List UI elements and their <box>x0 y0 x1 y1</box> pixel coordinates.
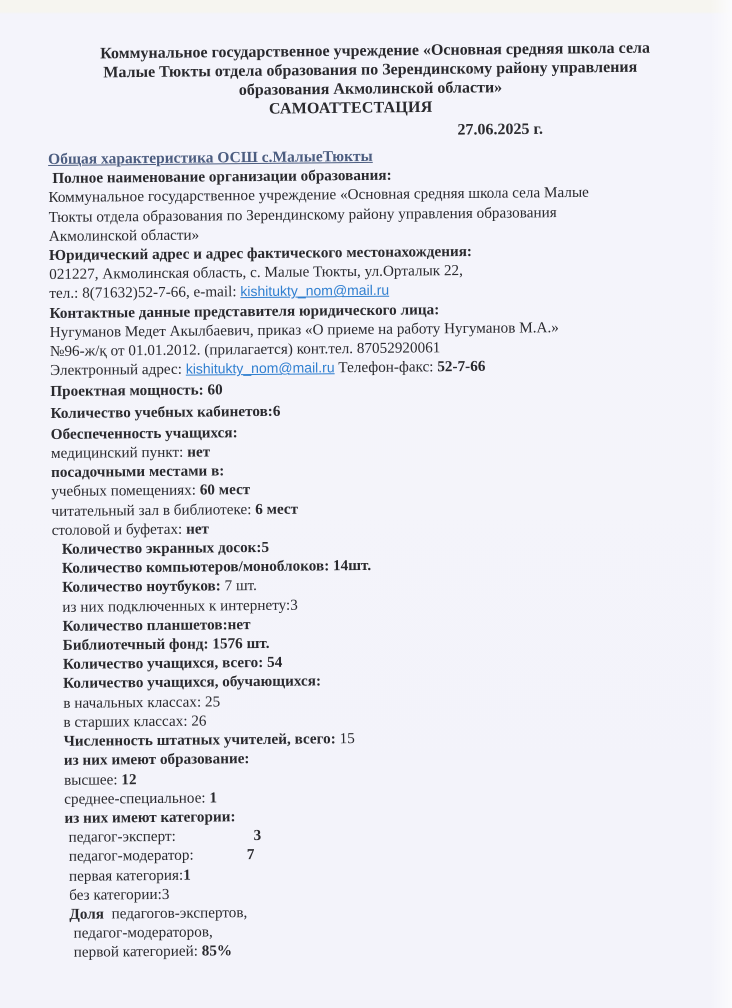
share-text-3: первой категорией: <box>70 943 202 961</box>
fax-value: 52-7-66 <box>437 358 485 375</box>
page-edge <box>710 0 732 1008</box>
email-prefix: Электронный адрес: <box>50 361 186 379</box>
share-text-1: педагогов-экспертов, <box>104 904 248 922</box>
first-category-value: 1 <box>183 866 191 883</box>
share-value: 85% <box>202 943 233 960</box>
medical-label: медицинский пункт: <box>51 444 187 462</box>
secondary-label: среднее-специальное: <box>64 789 209 807</box>
scanned-page: Коммунальное государственное учреждение … <box>0 0 732 1008</box>
higher-label: высшее: <box>64 771 121 789</box>
laptops-label: Количество ноутбуков: <box>62 578 225 597</box>
first-category-label: первая категория: <box>69 866 183 884</box>
expert-value: 3 <box>254 827 262 844</box>
classroom-seats-value: 60 мест <box>200 482 251 499</box>
document-body: Общая характеристика ОСШ с.МалыеТюкты По… <box>48 144 696 963</box>
higher-value: 12 <box>121 771 136 788</box>
share-label: Доля <box>69 905 104 922</box>
document-header: Коммунальное государственное учреждение … <box>40 38 701 144</box>
secondary-value: 1 <box>209 789 217 806</box>
teachers-label: Численность штатных учителей, всего: <box>64 730 340 750</box>
share-text-2: педагог-модераторов, <box>69 924 212 942</box>
library-hall-label: читательный зал в библиотеке: <box>51 501 255 520</box>
email-link[interactable]: kishitukty_nom@mail.ru <box>240 282 389 299</box>
phone-text: тел.: 8(71632)52-7-66, e-mail: <box>49 284 240 303</box>
moderator-value: 7 <box>247 846 255 863</box>
library-hall-value: 6 мест <box>255 500 298 517</box>
laptops-value: 7 шт. <box>224 577 257 594</box>
medical-value: нет <box>187 444 210 461</box>
canteen-label: столовой и буфетах: <box>52 521 187 539</box>
representative-email-link[interactable]: kishitukty_nom@mail.ru <box>186 359 335 376</box>
fax-label: Телефон-факс: <box>335 359 438 377</box>
canteen-value: нет <box>186 520 209 537</box>
moderator-label: педагог-модератор: <box>69 845 247 866</box>
expert-label: педагог-эксперт: <box>69 826 254 847</box>
teachers-value: 15 <box>339 730 354 747</box>
document-date: 27.06.2025 г. <box>41 120 543 144</box>
classroom-seats-label: учебных помещениях: <box>51 482 200 500</box>
